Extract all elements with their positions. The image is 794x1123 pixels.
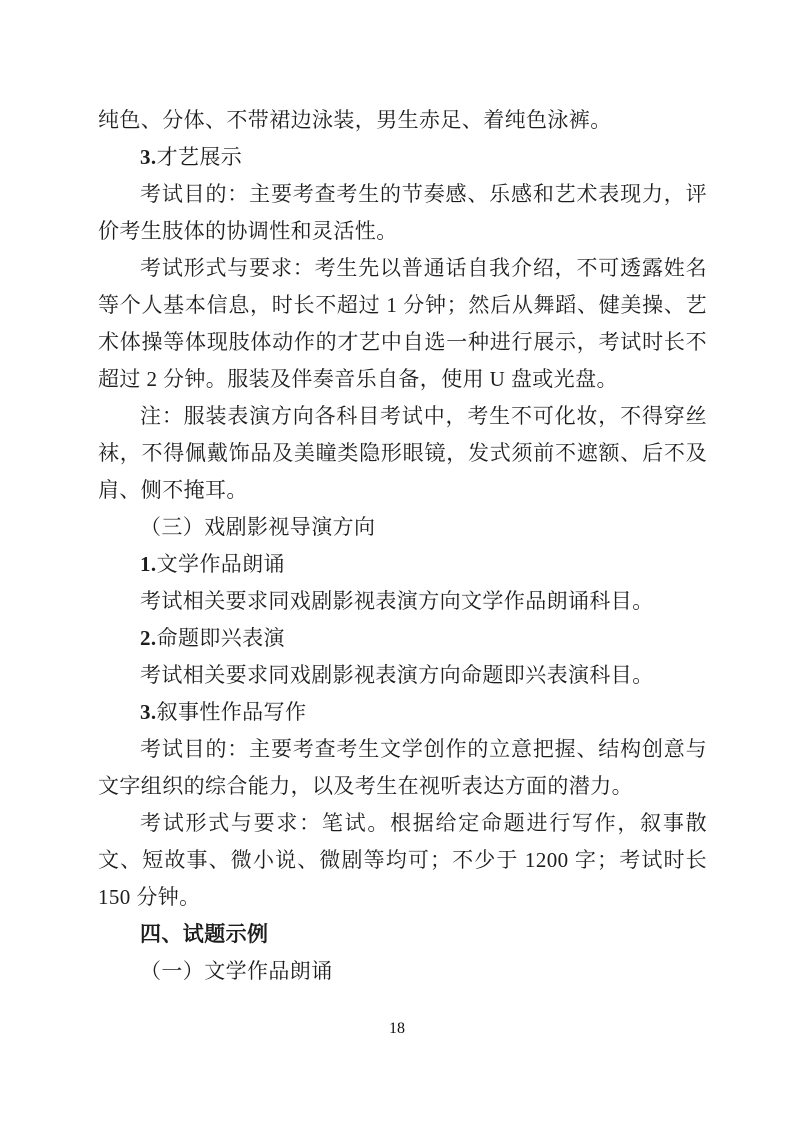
page-number: 18 bbox=[0, 1020, 794, 1038]
heading-drama-film-directing: （三）戏剧影视导演方向 bbox=[98, 509, 707, 546]
heading-talent-show: 3.才艺展示 bbox=[98, 139, 707, 176]
heading-sample-questions: 四、试题示例 bbox=[98, 916, 707, 953]
heading-narrative-writing: 3.叙事性作品写作 bbox=[98, 694, 707, 731]
para-same-as-improv: 考试相关要求同戏剧影视表演方向命题即兴表演科目。 bbox=[98, 657, 707, 694]
heading-text: 命题即兴表演 bbox=[157, 626, 285, 650]
heading-text: 才艺展示 bbox=[157, 145, 243, 169]
para-swimwear-continuation: 纯色、分体、不带裙边泳装，男生赤足、着纯色泳裤。 bbox=[98, 102, 707, 139]
heading-improv-performance: 2.命题即兴表演 bbox=[98, 620, 707, 657]
heading-sample-literary-recitation: （一）文学作品朗诵 bbox=[98, 953, 707, 990]
para-exam-purpose-talent: 考试目的：主要考查考生的节奏感、乐感和艺术表现力，评价考生肢体的协调性和灵活性。 bbox=[98, 176, 707, 250]
document-body: 纯色、分体、不带裙边泳装，男生赤足、着纯色泳裤。 3.才艺展示 考试目的：主要考… bbox=[98, 102, 707, 990]
para-same-as-recitation: 考试相关要求同戏剧影视表演方向文学作品朗诵科目。 bbox=[98, 583, 707, 620]
para-exam-purpose-writing: 考试目的：主要考查考生文学创作的立意把握、结构创意与文字组织的综合能力，以及考生… bbox=[98, 731, 707, 805]
heading-literary-recitation: 1.文学作品朗诵 bbox=[98, 546, 707, 583]
para-note-costume-performance: 注：服装表演方向各科目考试中，考生不可化妆，不得穿丝袜，不得佩戴饰品及美瞳类隐形… bbox=[98, 398, 707, 509]
heading-text: 文学作品朗诵 bbox=[157, 552, 285, 576]
heading-number: 3. bbox=[140, 145, 157, 169]
para-exam-format-talent: 考试形式与要求：考生先以普通话自我介绍，不可透露姓名等个人基本信息，时长不超过 … bbox=[98, 250, 707, 398]
heading-number: 1. bbox=[140, 552, 157, 576]
heading-number: 3. bbox=[140, 700, 157, 724]
para-exam-format-writing: 考试形式与要求：笔试。根据给定命题进行写作，叙事散文、短故事、微小说、微剧等均可… bbox=[98, 805, 707, 916]
document-page: 纯色、分体、不带裙边泳装，男生赤足、着纯色泳裤。 3.才艺展示 考试目的：主要考… bbox=[0, 0, 794, 1123]
heading-text: 叙事性作品写作 bbox=[157, 700, 307, 724]
heading-number: 2. bbox=[140, 626, 157, 650]
